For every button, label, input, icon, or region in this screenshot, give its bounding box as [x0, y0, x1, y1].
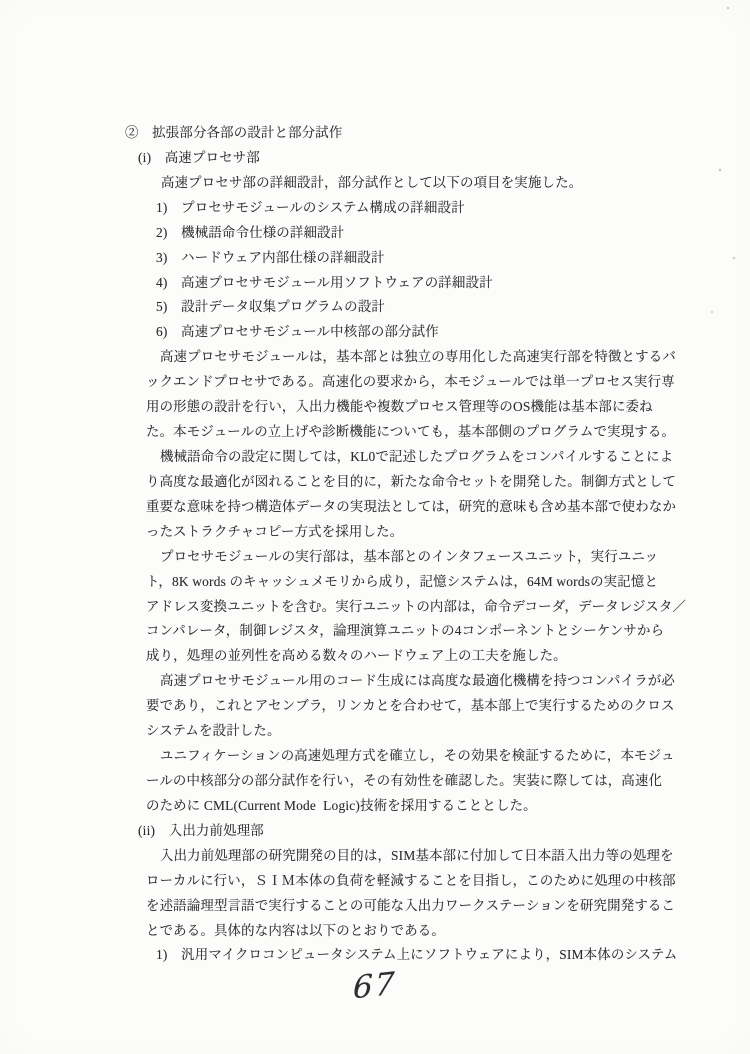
- paragraph-line: 要であり，これとアセンブラ，リンカとを合わせて，基本部上で実行するためのクロス: [0, 694, 750, 719]
- paragraph-line: ックエンドプロセサである。高速化の要求から，本モジュールでは単一プロセス実行専: [0, 370, 750, 395]
- paragraph-line: コンパレータ，制御レジスタ，論理演算ユニットの4コンポーネントとシーケンサから: [0, 619, 750, 644]
- section-heading: ② 拡張部分各部の設計と部分試作: [0, 121, 750, 146]
- list-item: 4) 高速プロセサモジュール用ソフトウェアの詳細設計: [0, 271, 750, 296]
- paragraph-first-line: 高速プロセサモジュール用のコード生成には高度な最適化機構を持つコンパイラが必: [0, 669, 750, 694]
- paragraph-line: 用の形態の設計を行い，入出力機能や複数プロセス管理等のOS機能は基本部に委ね: [0, 395, 750, 420]
- paragraph-line: り高度な最適化が図れることを目的に，新たな命令セットを開発した。制御方式として: [0, 470, 750, 495]
- paragraph-line: ト，8K words のキャッシュメモリから成り，記憶システムは，64M wor…: [0, 570, 750, 595]
- paragraph-line: を述語論理型言語で実行することの可能な入出力ワークステーションを研究開発するこ: [0, 894, 750, 919]
- paragraph-first-line: 機械語命令の設定に関しては，KL0で記述したプログラムをコンパイルすることによ: [0, 445, 750, 470]
- list-item: 2) 機械語命令仕様の詳細設計: [0, 221, 750, 246]
- paragraph-line: のために CML(Current Mode Logic)技術を採用することとした…: [0, 794, 750, 819]
- intro-paragraph-line: 高速プロセサ部の詳細設計，部分試作として以下の項目を実施した。: [0, 171, 750, 196]
- document-page: ② 拡張部分各部の設計と部分試作(i) 高速プロセサ部高速プロセサ部の詳細設計，…: [0, 0, 750, 1054]
- document-text-block: ② 拡張部分各部の設計と部分試作(i) 高速プロセサ部高速プロセサ部の詳細設計，…: [0, 121, 750, 968]
- subsection-heading: (ii) 入出力前処理部: [0, 819, 750, 844]
- list-item: 6) 高速プロセサモジュール中核部の部分試作: [0, 320, 750, 345]
- list-item: 5) 設計データ収集プログラムの設計: [0, 295, 750, 320]
- handwritten-page-number: 67: [352, 966, 396, 1007]
- paragraph-line: 重要な意味を持つ構造体データの実現法としては，研究的意味も含め基本部で使わなか: [0, 495, 750, 520]
- paragraph-line: アドレス変換ユニットを含む。実行ユニットの内部は，命令デコーダ，データレジスタ／: [0, 595, 750, 620]
- paragraph-first-line: 高速プロセサモジュールは，基本部とは独立の専用化した高速実行部を特徴とするバ: [0, 345, 750, 370]
- paragraph-line: た。本モジュールの立上げや診断機能についても，基本部側のプログラムで実現する。: [0, 420, 750, 445]
- paragraph-line: ったストラクチャコピー方式を採用した。: [0, 520, 750, 545]
- paragraph-line: とである。具体的な内容は以下のとおりである。: [0, 919, 750, 944]
- list-item: 1) 汎用マイクロコンピュータシステム上にソフトウェアにより，SIM本体のシステ…: [0, 943, 750, 968]
- paragraph-line: 成り，処理の並列性を高める数々のハードウェア上の工夫を施した。: [0, 644, 750, 669]
- list-item: 1) プロセサモジュールのシステム構成の詳細設計: [0, 196, 750, 221]
- paragraph-line: ローカルに行い，ＳＩＭ本体の負荷を軽減することを目指し，このために処理の中核部: [0, 869, 750, 894]
- paragraph-line: システムを設計した。: [0, 719, 750, 744]
- list-item: 3) ハードウェア内部仕様の詳細設計: [0, 246, 750, 271]
- subsection-heading: (i) 高速プロセサ部: [0, 146, 750, 171]
- paragraph-line: ールの中核部分の部分試作を行い，その有効性を確認した。実装に際しては，高速化: [0, 769, 750, 794]
- paragraph-first-line: ユニフィケーションの高速処理方式を確立し，その効果を検証するために，本モジュ: [0, 744, 750, 769]
- paragraph-first-line: 入出力前処理部の研究開発の目的は，SIM基本部に付加して日本語入出力等の処理を: [0, 844, 750, 869]
- paragraph-first-line: プロセサモジュールの実行部は，基本部とのインタフェースユニット，実行ユニッ: [0, 545, 750, 570]
